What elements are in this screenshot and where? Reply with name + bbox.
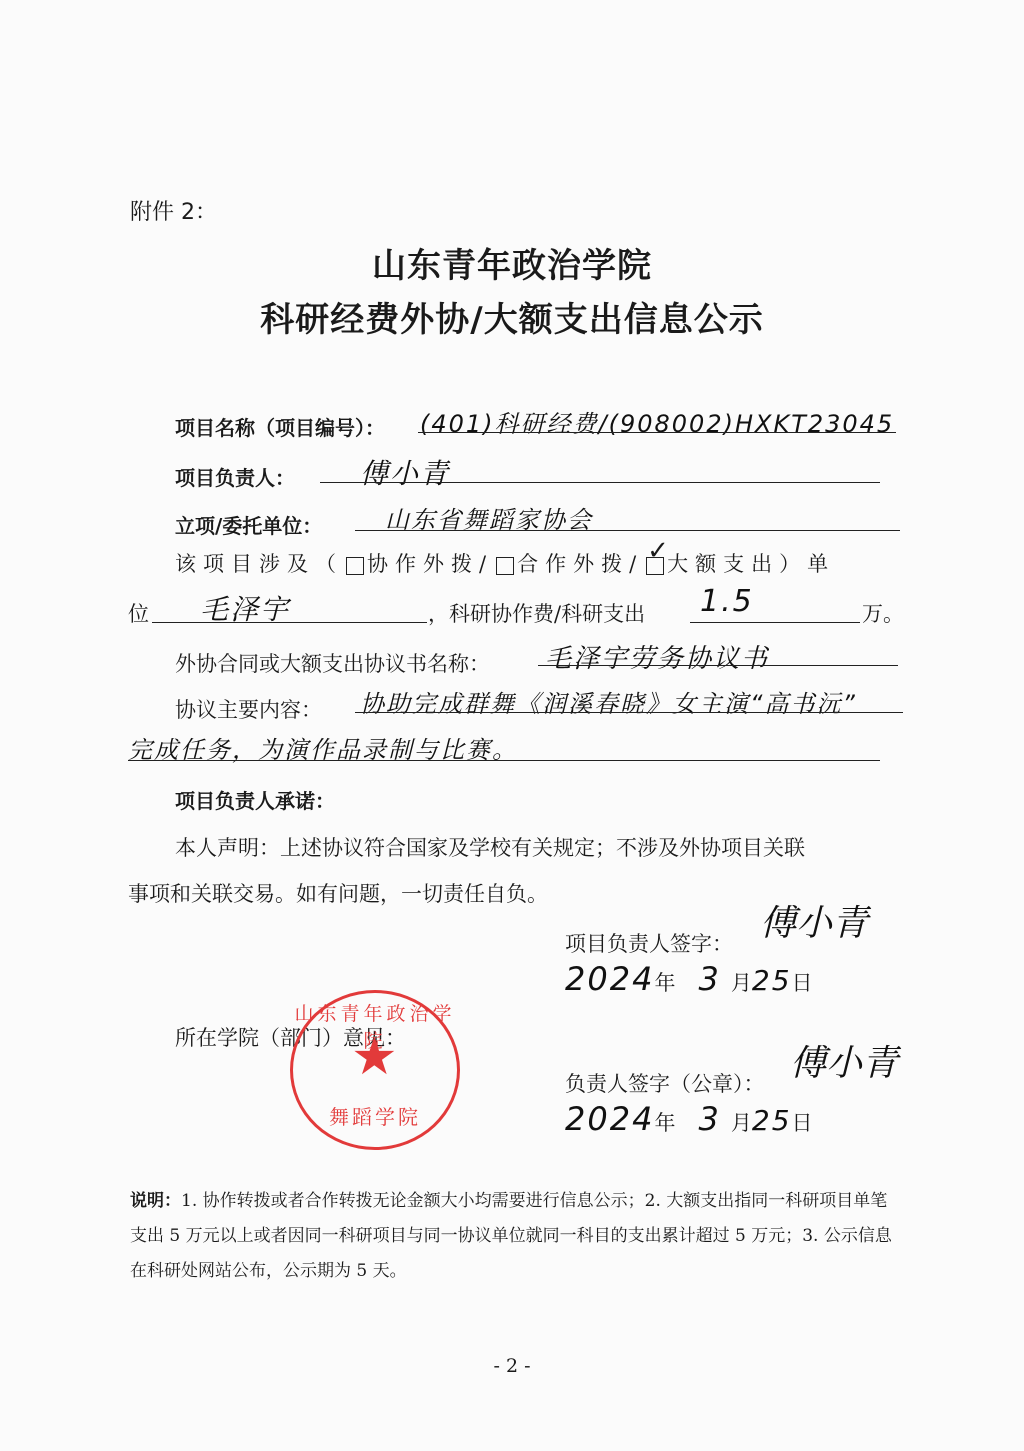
involvement-line: 该项目涉及（协作外拨/合作外拨/大额支出）单 <box>175 548 835 578</box>
amount-underline <box>690 622 860 623</box>
commitment-heading: 项目负责人承诺： <box>175 785 335 814</box>
leader-date-month-unit: 月 <box>731 971 752 995</box>
leader-date-year: 2024 <box>565 960 654 998</box>
title-institution: 山东青年政治学院 <box>0 238 1024 287</box>
department-date-day: 25 <box>752 1104 792 1137</box>
amount-label: ，科研协作费/科研支出 <box>428 598 645 628</box>
agreement-content-underline-1 <box>355 712 903 713</box>
department-date-year: 2024 <box>565 1100 654 1138</box>
unit-prefix: 位 <box>128 598 149 628</box>
leader-signature-date: 2024年 3月25日 <box>565 960 813 998</box>
department-date-year-unit: 年 <box>654 1111 675 1135</box>
option-cooperation-transfer-label: 协作外拨 <box>367 552 479 576</box>
project-name-label: 项目名称（项目编号）： <box>175 412 385 441</box>
page-number: - 2 - <box>0 1355 1024 1377</box>
seal-bottom-text: 舞蹈学院 <box>293 1101 457 1130</box>
option-large-expense-label: 大额支出 <box>667 552 779 576</box>
agreement-name-label: 外协合同或大额支出协议书名称： <box>175 648 490 678</box>
checkbox-cooperation-transfer[interactable] <box>346 557 364 575</box>
title-form: 科研经费外协/大额支出信息公示 <box>0 292 1024 341</box>
project-leader-label: 项目负责人： <box>175 462 295 491</box>
department-date-month-unit: 月 <box>731 1111 752 1135</box>
star-icon: ★ <box>351 1031 398 1083</box>
department-signature-date: 2024年 3月25日 <box>565 1100 813 1138</box>
leader-signature-label: 项目负责人签字： <box>565 928 733 958</box>
project-name-underline <box>418 432 896 433</box>
agreement-name-value: 毛泽宇劳务协议书 <box>545 638 769 675</box>
department-date-month: 3 <box>699 1100 721 1138</box>
project-leader-value: 傅小青 <box>360 452 450 492</box>
notes-block: 说明：1. 协作转拨或者合作转拨无论金额大小均需要进行信息公示；2. 大额支出指… <box>130 1184 900 1289</box>
commitment-statement-line1: 本人声明：上述协议符合国家及学校有关规定；不涉及外协项目关联 <box>175 832 805 862</box>
checkbox-large-expense[interactable] <box>646 557 664 575</box>
leader-date-year-unit: 年 <box>654 971 675 995</box>
notes-label: 说明： <box>130 1191 181 1211</box>
involvement-suffix: ）单 <box>779 552 835 576</box>
commitment-statement-line2: 事项和关联交易。如有问题，一切责任自负。 <box>128 878 548 908</box>
project-leader-underline <box>320 482 880 483</box>
leader-date-day-unit: 日 <box>792 971 813 995</box>
involvement-prefix: 该项目涉及（ <box>175 552 343 576</box>
amount-unit: 万。 <box>862 598 904 628</box>
agreement-content-label: 协议主要内容： <box>175 694 322 724</box>
unit-underline <box>152 622 427 623</box>
checkbox-partnership-transfer[interactable] <box>496 557 514 575</box>
client-unit-label: 立项/委托单位： <box>175 510 322 539</box>
option-partnership-transfer-label: 合作外拨 <box>517 552 629 576</box>
department-date-day-unit: 日 <box>792 1111 813 1135</box>
agreement-name-underline <box>538 665 898 666</box>
client-unit-underline <box>355 530 900 531</box>
amount-value: 1.5 <box>700 584 754 619</box>
department-signature: 傅小青 <box>790 1035 898 1086</box>
attachment-label: 附件 2： <box>130 195 217 226</box>
notes-text: 1. 协作转拨或者合作转拨无论金额大小均需要进行信息公示；2. 大额支出指同一科… <box>130 1191 892 1281</box>
project-name-value: (401)科研经费/(908002)HXKT23045 <box>420 404 894 439</box>
agreement-content-line1: 协助完成群舞《润溪春晓》女主演“高书沅” <box>360 684 857 719</box>
leader-signature: 傅小青 <box>760 895 868 946</box>
leader-date-day: 25 <box>752 964 792 997</box>
department-signature-label: 负责人签字（公章）： <box>565 1068 765 1098</box>
agreement-content-underline-2 <box>128 760 880 761</box>
official-seal: 山东青年政治学院 ★ 舞蹈学院 <box>290 990 460 1150</box>
leader-date-month: 3 <box>699 960 721 998</box>
